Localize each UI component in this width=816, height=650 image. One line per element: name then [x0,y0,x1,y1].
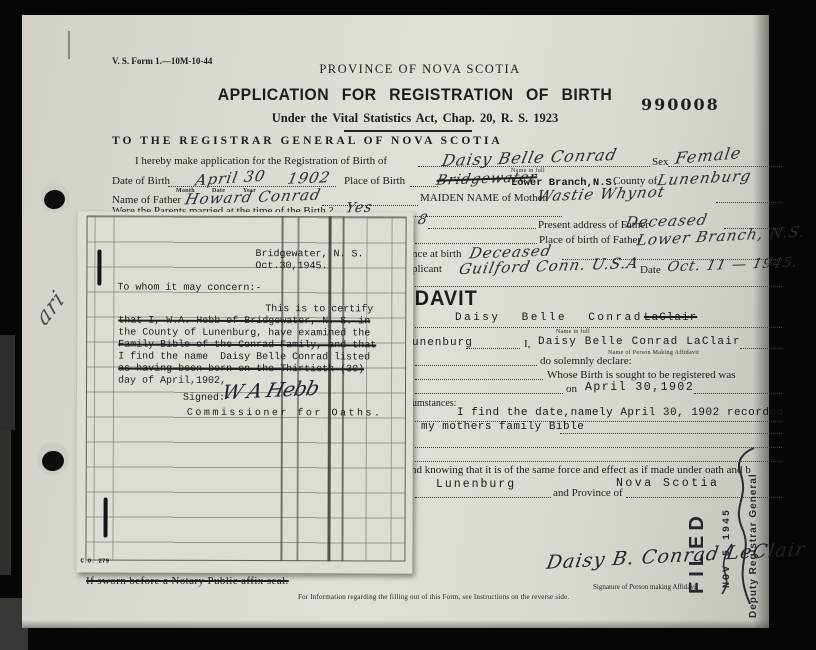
mother-label: MAIDEN NAME of Mother. [420,192,548,204]
dotted-leader [740,348,782,349]
subtitle-underline [344,130,472,132]
scan-margin-patch [0,335,15,430]
form-title: APPLICATION FOR REGISTRATION OF BIRTH [189,86,640,105]
dotted-leader [415,327,782,328]
on-label: on [566,383,577,395]
punch-hole [37,442,69,475]
certificate-body-line: that I, W.A. Hebb of Bridgewater, N. S. … [118,316,370,329]
declare-label: do solemnly declare: [540,355,632,367]
footer-instructions: For Information regarding the filling ou… [298,593,569,601]
finding-line1: I find the date,namely April 30, 1902 re… [457,407,784,419]
scanned-document: ari V. S. Form 1.—10M-10-44 PROVINCE OF … [0,0,816,650]
province-label: and Province of [553,487,623,499]
dob-year-value: 1902 [286,168,332,187]
affidavit-name-sublabel: Name in full [556,329,590,335]
page-edge-shadow [22,620,769,628]
registrar-addressee: TO THE REGISTRAR GENERAL OF NOVA SCOTIA [112,135,503,147]
application-date-value: Oct. 11 — 1945. [666,255,800,276]
application-date-label: Date [640,264,661,276]
certificate-body-line: I find the name Daisy Belle Conrad liste… [118,352,370,365]
certificate-place: Bridgewater, N. S. [255,249,363,261]
applicant-fragment: plicant [412,263,442,275]
certificate-overlay: Bridgewater, N. S. Oct.30,1945. To whom … [76,211,413,573]
certificate-body-line: Family Bible of the Conrad Family, and t… [118,340,376,353]
intro-label: I hereby make application for the Regist… [135,155,387,167]
ink-mark [103,498,107,538]
province-title: PROVINCE OF NOVA SCOTIA [255,62,585,77]
affidavit-name-struck: LaClair [644,312,697,324]
notary-note: If sworn before a Notary Public affix se… [86,575,289,587]
dob-label: Date of Birth [112,175,170,187]
sworn-county-value: Lunenburg [436,478,516,491]
affidavit-heading-fragment: DAVIT [415,287,478,311]
commissioner-label: Commissioner for Oaths. [187,408,383,421]
affidavit-signature-sublabel: Signature of Person making Affidavit [593,583,698,591]
dotted-leader [415,365,537,366]
dotted-leader [410,186,438,187]
dotted-leader [428,228,536,229]
certificate-body-line: the County of Lunenburg, have examined t… [118,328,370,341]
dotted-leader [415,379,543,380]
father-pob-label: Place of birth of Father [539,234,641,246]
residence-fragment: nce at birth [412,248,461,260]
form-code: V. S. Form 1.—10M-10-44 [112,56,212,66]
registered-date-value: April 30,1902 [585,381,694,394]
sex-label: Sex [652,156,669,168]
scan-margin-patch [0,430,11,575]
dotted-leader [716,202,782,203]
serial-number: 990008 [641,95,720,114]
declarant-name: Daisy Belle Conrad LaClair [538,336,741,348]
dotted-leader [415,393,563,394]
dotted-leader [415,497,551,498]
certificate-form-code: C.O. 279 [80,555,109,567]
finding-line2: my mothers family Bible [421,421,584,433]
dotted-leader [560,433,782,434]
dotted-leader [694,393,782,394]
affidavit-name-typed: Daisy Belle Conrad [455,312,643,324]
circumstances-fragment: umstances: [412,398,456,409]
dotted-leader [466,348,520,349]
ink-mark [97,249,101,285]
certificate-date: Oct.30,1945. [255,261,327,273]
commissioner-signature: W A Hebb [220,376,322,405]
punch-hole [40,183,70,213]
certificate-salutation: To whom it may concern:- [117,283,261,296]
paper-crease [68,31,70,59]
certificate-body-line: as having been born on the Thirtieth (30… [118,364,364,377]
affidavit-county-fragment: unenburg [412,337,473,349]
certificate-body-line: This is to certify [265,304,373,316]
certificate-body-line: day of April,1902, [118,376,226,388]
pob-label: Place of Birth [344,175,405,187]
act-subtitle: Under the Vital Statistics Act, Chap. 20… [210,111,620,126]
registered-label: Whose Birth is sought to be registered w… [547,369,736,381]
declarant-prefix: I, [524,338,530,350]
deputy-signature [692,444,764,608]
